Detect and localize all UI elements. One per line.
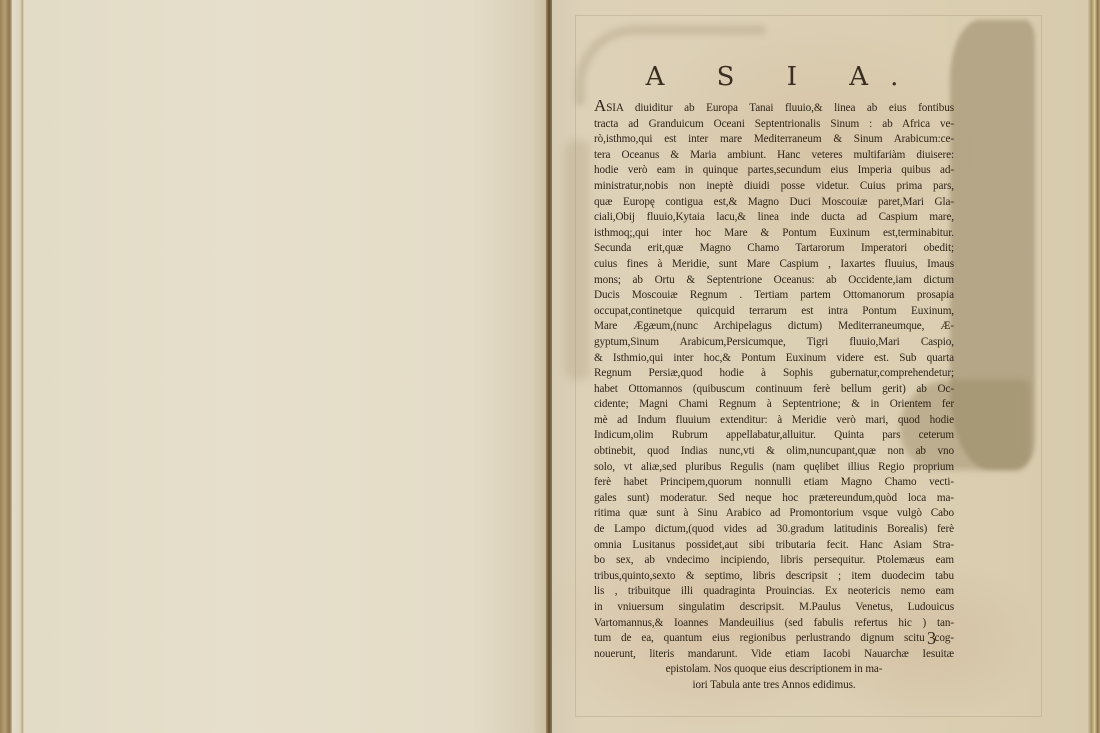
text-line: omnia Lusitanus possidet,aut sibi tribut… — [594, 538, 954, 554]
text-line: hodie verò eam in quinque partes,secundu… — [594, 163, 954, 179]
text-line: ferè habet Principem,quorum nonnulli eti… — [594, 475, 954, 491]
text-line: de Lampo dictum,(quod vides ad 30.gradum… — [594, 522, 954, 538]
text-line: mons; ab Ortu & Septentrione Oceanus: ab… — [594, 273, 954, 289]
left-page-blank — [24, 0, 548, 733]
body-text: ASIA diuiditur ab Europa Tanai fluuio,& … — [594, 98, 954, 694]
text-line: epistolam. Nos quoque eius descriptionem… — [594, 662, 954, 678]
text-line: bo sex, ab vndecimo incipiendo, libris p… — [594, 553, 954, 569]
text-line: in vniuersum singulatim descripsit. M.Pa… — [594, 600, 954, 616]
text-line: lis , tribuitque illi quadraginta Prouin… — [594, 584, 954, 600]
text-line: solo, vt aliæ,sed pluribus Regulis (nam … — [594, 460, 954, 476]
text-line: occupat,continetque quicquid terrarum es… — [594, 304, 954, 320]
text-line: nouerunt, literis mandarunt. Vide etiam … — [594, 647, 954, 663]
text-line: gyptum,Sinum Arabicum,Persicumque, Tigri… — [594, 335, 954, 351]
left-page-edge-strip — [12, 0, 24, 733]
text-line-content: SIA diuiditur ab Europa Tanai fluuio,& l… — [606, 102, 954, 114]
right-page-edge — [1088, 0, 1100, 733]
text-line: ASIA diuiditur ab Europa Tanai fluuio,& … — [594, 98, 954, 117]
text-line: isthmoq;,qui inter hoc Mare & Pontum Eux… — [594, 226, 954, 242]
text-line: ministratur,nobis non ineptè diuidi poss… — [594, 179, 954, 195]
text-line: Ducis Moscouiæ Regnum . Tertiam partem O… — [594, 288, 954, 304]
drop-cap: A — [594, 96, 606, 115]
text-line: tera Oceanus & Maria ambiunt. Hanc veter… — [594, 148, 954, 164]
text-line: tum de ea, quantum eius regionibus perlu… — [594, 631, 954, 647]
text-line: habet Ottomannos (quibuscum continuum fe… — [594, 382, 954, 398]
page-title: A S I A. — [612, 62, 954, 92]
text-line: cuius fines à Meridie, sunt Mare Caspium… — [594, 257, 954, 273]
text-line: cidente; Magni Chami Regnum à Septentrio… — [594, 397, 954, 413]
text-line: iori Tabula ante tres Annos edidimus. — [594, 678, 954, 694]
text-line: tracta ad Granduicum Oceani Septentriona… — [594, 117, 954, 133]
book-spread: A S I A. ASIA diuiditur ab Europa Tanai … — [0, 0, 1100, 733]
text-line: ritima quæ sunt à Sinu Arabico ad Promon… — [594, 506, 954, 522]
text-line: rò,isthmo,qui est inter mare Mediterrane… — [594, 132, 954, 148]
text-line: gales sunt) moderatur. Sed neque hoc præ… — [594, 491, 954, 507]
page-number: 3 — [927, 628, 936, 649]
text-line: ciali,Obij fluuio,Kytaia lacu,& linea in… — [594, 210, 954, 226]
text-line: Vartomannus,& Ioannes Mandeuilius (sed f… — [594, 616, 954, 632]
text-line: Secunda erit,quæ Magno Chamo Tartarorum … — [594, 241, 954, 257]
text-line: & Isthmio,qui inter hoc,& Pontum Euxinum… — [594, 351, 954, 367]
text-line: tribus,quinto,sexto & septimo, libris de… — [594, 569, 954, 585]
text-line: Regnum Persiæ,quod hodie à Sophis gubern… — [594, 366, 954, 382]
text-line: obtinebit, quod Indias nunc,vti & olim,n… — [594, 444, 954, 460]
text-line: Mare Ægæum,(nunc Archipelagus dictum) Me… — [594, 319, 954, 335]
text-line: mè ad Indum fluuium extenditur: à Meridi… — [594, 413, 954, 429]
text-line: quæ Europę contigua est,& Magno Duci Mos… — [594, 195, 954, 211]
right-page-text-block: A S I A. ASIA diuiditur ab Europa Tanai … — [594, 62, 954, 694]
left-binding-edge — [0, 0, 12, 733]
text-line: Indicum,olim Rubrum appellabatur,alluitu… — [594, 428, 954, 444]
